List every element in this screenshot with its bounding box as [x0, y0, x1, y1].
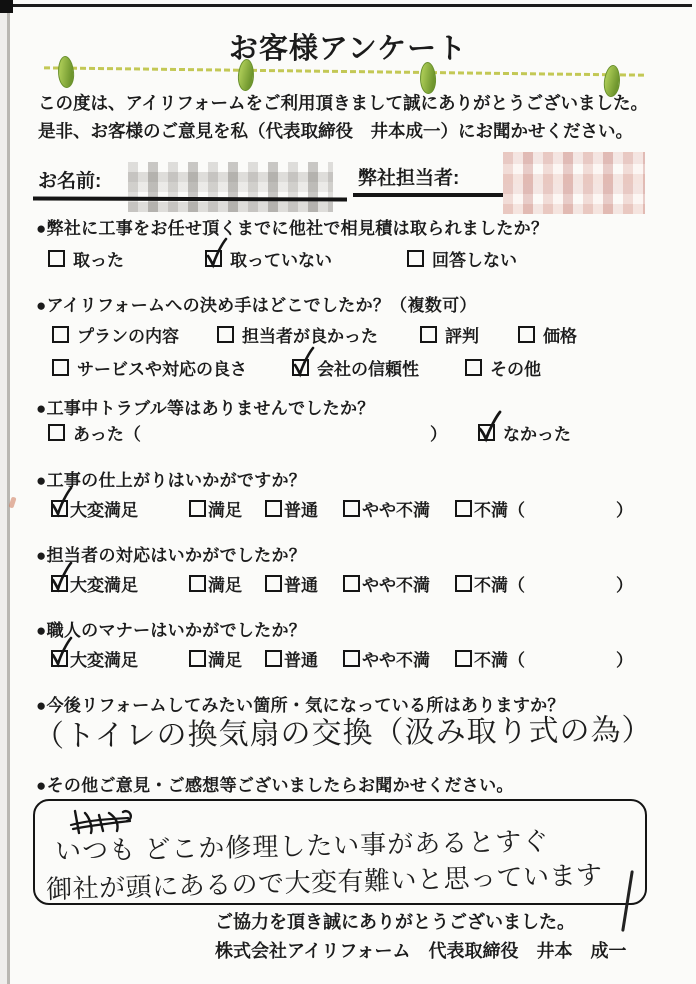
checkbox-label: 大変満足: [70, 571, 138, 596]
handwritten-check-icon: [203, 237, 229, 269]
checkbox-option: あった（: [48, 420, 141, 445]
checkbox: [455, 500, 472, 517]
checkbox-option: やや不満: [343, 496, 430, 521]
checkbox-label: 不満（: [474, 571, 525, 596]
checkbox-label: 回答しない: [432, 246, 517, 271]
checkbox: [48, 424, 65, 441]
checkbox-option: 取っていない: [205, 246, 332, 271]
checkbox-label: 不満（: [474, 496, 525, 521]
checkbox-label: やや不満: [362, 571, 430, 596]
footer-company: 株式会社アイリフォーム 代表取締役 井本 成一: [215, 937, 626, 963]
checkbox-label: 満足: [208, 646, 242, 671]
question-heading-8: ●その他ご意見・ご感想等ございましたらお聞かせください。: [36, 771, 514, 796]
question-heading-1: ●弊社に工事をお任せ頂くまでに他社で相見積は取られましたか？: [36, 214, 548, 239]
decorative-dashed-divider: [44, 66, 644, 76]
scanned-survey-document: お客様アンケート この度は、アイリフォームをご利用頂きまして誠にありがとうござい…: [0, 0, 696, 984]
checkbox-option: 回答しない: [407, 246, 517, 271]
answer-close-paren: ）: [616, 646, 633, 671]
checkbox-option: 大変満足: [51, 571, 138, 596]
checkbox-label: 会社の信頼性: [317, 355, 419, 380]
checkbox-label: 普通: [284, 496, 318, 521]
checkbox: [52, 326, 69, 343]
question-1-options-row: 取った 取っていない 回答しない: [0, 246, 696, 272]
checkbox-option: サービスや対応の良さ: [52, 355, 247, 380]
checkbox-option: 普通: [265, 646, 318, 671]
checkbox-label: その他: [490, 355, 541, 380]
staff-label: 弊社担当者:: [358, 163, 459, 190]
checkbox-label: 普通: [284, 646, 318, 671]
name-value-redacted: [128, 162, 333, 212]
checkbox-option: 普通: [265, 571, 318, 596]
checkbox: [51, 575, 68, 592]
checkbox-option: 不満（: [455, 646, 525, 671]
scan-top-edge-line: [0, 4, 692, 7]
checkbox-label: 満足: [208, 571, 242, 596]
staff-value-redacted: [503, 152, 645, 214]
checkbox: [292, 359, 309, 376]
name-label: お名前:: [38, 166, 101, 193]
checkbox-option: 不満（: [455, 571, 525, 596]
checkbox: [189, 500, 206, 517]
checkbox-label: 取った: [73, 246, 124, 271]
checkbox: [343, 650, 360, 667]
checkbox-label: 評判: [445, 322, 479, 347]
checkbox: [189, 575, 206, 592]
checkbox-option: 価格: [518, 322, 577, 347]
scan-left-edge-line: [7, 0, 10, 984]
checkbox: [205, 250, 222, 267]
question-heading-2: ●アイリフォームへの決め手はどこでしたか？（複数可）: [36, 291, 477, 316]
question-4-options-row: 大変満足 満足 普通 やや不満 不満（ ）: [0, 496, 696, 522]
checkbox-label: 大変満足: [70, 496, 138, 521]
checkbox: [343, 575, 360, 592]
checkbox: [455, 575, 472, 592]
checkbox: [518, 326, 535, 343]
checkbox: [265, 500, 282, 517]
checkbox: [478, 424, 495, 441]
checkbox-option: 満足: [189, 571, 242, 596]
footer-thanks: ご協力を頂き誠にありがとうございました。: [215, 908, 575, 934]
checkbox-label: なかった: [503, 420, 571, 445]
checkbox: [51, 650, 68, 667]
checkbox-option: 普通: [265, 496, 318, 521]
checkbox-label: やや不満: [362, 496, 430, 521]
checkbox-label: やや不満: [362, 646, 430, 671]
checkbox-option: プランの内容: [52, 322, 179, 347]
checkbox-option: 会社の信頼性: [292, 355, 419, 380]
page-title: お客様アンケート: [0, 26, 696, 67]
checkbox: [52, 359, 69, 376]
intro-text-line2: 是非、お客様のご意見を私（代表取締役 井本成一）にお聞かせください。: [38, 118, 633, 143]
checkbox: [343, 500, 360, 517]
checkbox-option: 大変満足: [51, 496, 138, 521]
checkbox-label: 普通: [284, 571, 318, 596]
checkbox-label: 担当者が良かった: [242, 322, 378, 347]
checkbox-option: その他: [465, 355, 541, 380]
checkbox: [455, 650, 472, 667]
answer-close-paren: ）: [616, 496, 633, 521]
handwritten-check-icon: [476, 411, 502, 443]
checkbox-label: 大変満足: [70, 646, 138, 671]
scan-corner-mark: [0, 0, 13, 13]
checkbox-option: なかった: [478, 420, 571, 445]
checkbox-label: あった（: [73, 420, 141, 445]
question-3-options-row: あった（ ） なかった: [0, 420, 696, 446]
checkbox-label: 取っていない: [230, 246, 332, 271]
answer-close-paren: ）: [616, 571, 633, 596]
scan-left-margin: [0, 0, 7, 984]
checkbox: [51, 500, 68, 517]
question-2-options-row1: プランの内容 担当者が良かった 評判 価格: [0, 322, 696, 348]
name-underline: [33, 196, 347, 201]
handwritten-check-icon: [49, 487, 75, 519]
handwritten-answer: （トイレの換気扇の交換（汲み取り式の為）: [34, 705, 653, 755]
checkbox-option: 担当者が良かった: [217, 322, 378, 347]
question-6-options-row: 大変満足 満足 普通 やや不満 不満（ ）: [0, 646, 696, 672]
checkbox-label: 満足: [208, 496, 242, 521]
checkbox-label: 不満（: [474, 646, 525, 671]
question-heading-5: ●担当者の対応はいかがでしたか？: [36, 541, 306, 566]
checkbox: [189, 650, 206, 667]
checkbox: [465, 359, 482, 376]
question-2-options-row2: サービスや対応の良さ 会社の信頼性 その他: [0, 355, 696, 381]
checkbox-label: サービスや対応の良さ: [77, 355, 247, 380]
handwritten-check-icon: [49, 637, 75, 669]
handwritten-check-icon: [49, 562, 75, 594]
intro-text-line1: この度は、アイリフォームをご利用頂きまして誠にありがとうございました。: [38, 90, 648, 115]
checkbox-label: 価格: [543, 322, 577, 347]
question-heading-3: ●工事中トラブル等はありませんでしたか？: [36, 394, 375, 419]
checkbox-option: やや不満: [343, 571, 430, 596]
checkbox: [407, 250, 424, 267]
checkbox: [217, 326, 234, 343]
handwritten-check-icon: [290, 346, 316, 378]
answer-close-paren: ）: [430, 420, 447, 445]
checkbox-option: 大変満足: [51, 646, 138, 671]
checkbox: [48, 250, 65, 267]
checkbox-option: 満足: [189, 646, 242, 671]
checkbox: [420, 326, 437, 343]
question-heading-6: ●職人のマナーはいかがでしたか？: [36, 616, 306, 641]
checkbox: [265, 650, 282, 667]
checkbox-option: 取った: [48, 246, 124, 271]
checkbox-label: プランの内容: [77, 322, 179, 347]
checkbox-option: 満足: [189, 496, 242, 521]
checkbox-option: 不満（: [455, 496, 525, 521]
question-5-options-row: 大変満足 満足 普通 やや不満 不満（ ）: [0, 571, 696, 597]
leaf-icon: [237, 59, 255, 92]
question-heading-4: ●工事の仕上がりはいかがですか？: [36, 466, 306, 491]
checkbox-option: 評判: [420, 322, 479, 347]
staff-underline: [353, 193, 503, 197]
checkbox: [265, 575, 282, 592]
checkbox-option: やや不満: [343, 646, 430, 671]
